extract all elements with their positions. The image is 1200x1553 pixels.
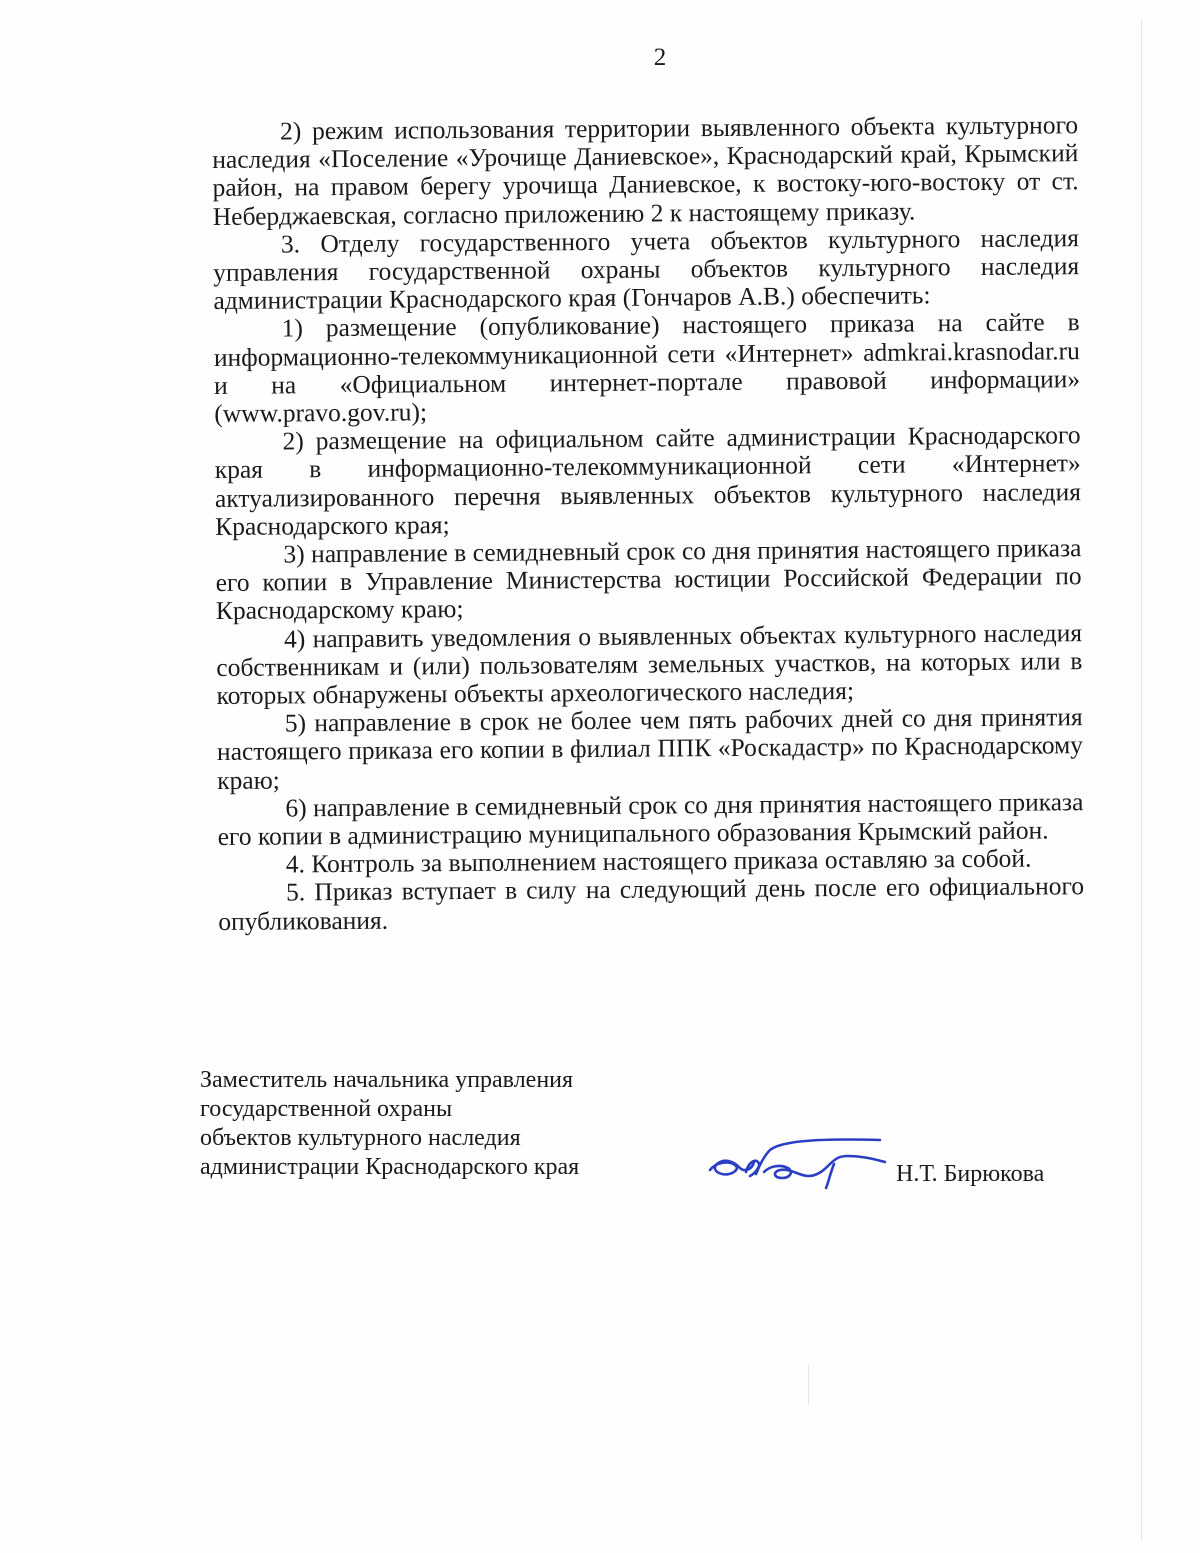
document-page: 2 2) режим использования территории выяв… [0, 0, 1200, 1553]
paragraph-subitem-2: 2) размещение на официальном сайте админ… [214, 421, 1081, 541]
paragraph-item-5: 5. Приказ вступает в силу на следующий д… [218, 873, 1084, 936]
paragraph-subitem-5: 5) направление в срок не более чем пять … [217, 703, 1084, 794]
scan-edge-mark [1141, 20, 1142, 1540]
signer-name: Н.Т. Бирюкова [896, 1161, 1044, 1188]
paragraph-subitem-6: 6) направление в семидневный срок со дня… [217, 788, 1083, 851]
position-line: объектов культурного наследия [200, 1124, 579, 1153]
handwritten-signature-icon [700, 1128, 900, 1208]
document-body: 2) режим использования территории выявле… [212, 111, 1084, 936]
scan-edge-mark [808, 1365, 809, 1405]
page-number: 2 [0, 44, 1200, 72]
position-line: государственной охраны [200, 1095, 579, 1124]
position-line: Заместитель начальника управления [200, 1066, 579, 1095]
paragraph-item-3: 3. Отделу государственного учета объекто… [213, 224, 1080, 315]
paragraph-regime-usage: 2) режим использования территории выявле… [212, 111, 1079, 231]
paragraph-subitem-3: 3) направление в семидневный срок со дня… [215, 534, 1082, 625]
paragraph-subitem-1: 1) размещение (опубликование) настоящего… [214, 309, 1081, 429]
signatory-position: Заместитель начальника управления госуда… [200, 1066, 579, 1182]
paragraph-subitem-4: 4) направить уведомления о выявленных об… [216, 619, 1083, 710]
position-line: администрации Краснодарского края [200, 1153, 579, 1182]
